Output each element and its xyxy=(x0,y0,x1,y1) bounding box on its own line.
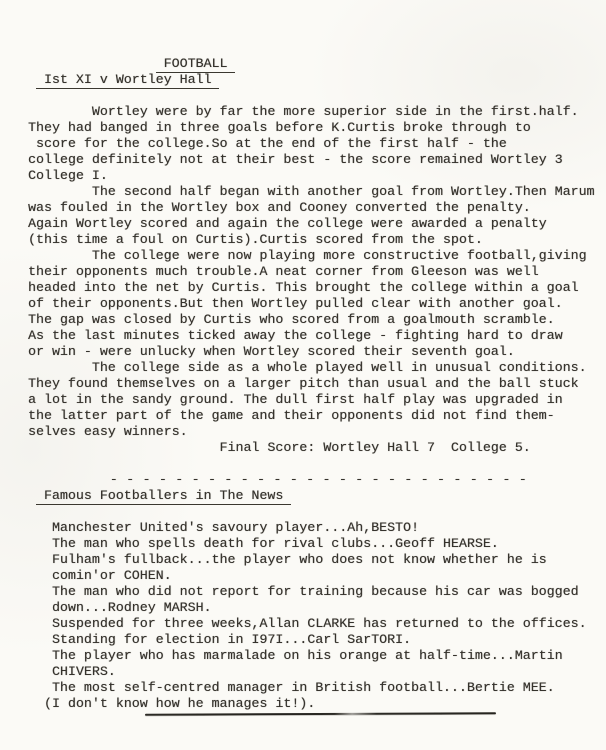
report-line: The college were now playing more constr… xyxy=(28,248,606,264)
page-content: FOOTBALL Ist XI v Wortley Hall Wortley w… xyxy=(28,56,606,712)
famous-footballers-list: Manchester United's savoury player...Ah,… xyxy=(28,520,606,712)
report-line: Again Wortley scored and again the colle… xyxy=(28,216,606,232)
report-line: As the last minutes ticked away the coll… xyxy=(28,328,606,344)
report-line: They found themselves on a larger pitch … xyxy=(28,376,606,392)
match-title: Ist XI v Wortley Hall xyxy=(36,73,220,89)
report-line: their opponents much trouble.A neat corn… xyxy=(28,264,606,280)
news-line: Standing for election in I97I...Carl Sar… xyxy=(28,632,606,648)
news-line: The man who spells death for rival clubs… xyxy=(28,536,606,552)
report-line: Wortley were by far the more superior si… xyxy=(28,104,606,120)
news-line: The man who did not report for training … xyxy=(28,584,606,600)
famous-footballers-heading: Famous Footballers in The News xyxy=(36,489,291,505)
section-title-line: FOOTBALL xyxy=(28,56,606,72)
news-line: down...Rodney MARSH. xyxy=(28,600,606,616)
news-line: Manchester United's savoury player...Ah,… xyxy=(28,520,606,536)
match-subtitle-line: Ist XI v Wortley Hall xyxy=(28,72,606,88)
news-line: (I don't know how he manages it!). xyxy=(28,696,606,712)
scanned-document-page: FOOTBALL Ist XI v Wortley Hall Wortley w… xyxy=(0,0,606,750)
news-line: The player who has marmalade on his oran… xyxy=(28,648,606,664)
news-line: Fulham's fullback...the player who does … xyxy=(28,552,606,568)
news-line: comin'or COHEN. xyxy=(28,568,606,584)
news-line: CHIVERS. xyxy=(28,664,606,680)
news-heading-line: Famous Footballers in The News xyxy=(28,488,606,504)
news-line: The most self-centred manager in British… xyxy=(28,680,606,696)
report-line: a lot in the sandy ground. The dull firs… xyxy=(28,392,606,408)
dashed-separator: - - - - - - - - - - - - - - - - - - - - … xyxy=(28,472,606,488)
news-line: Suspended for three weeks,Allan CLARKE h… xyxy=(28,616,606,632)
report-line: They had banged in three goals before K.… xyxy=(28,120,606,136)
final-score-line: Final Score: Wortley Hall 7 College 5. xyxy=(28,440,606,456)
report-line: headed into the net by Curtis. This brou… xyxy=(28,280,606,296)
report-line: of their opponents.But then Wortley pull… xyxy=(28,296,606,312)
report-line: was fouled in the Wortley box and Cooney… xyxy=(28,200,606,216)
report-line: (this time a foul on Curtis).Curtis scor… xyxy=(28,232,606,248)
bottom-rule xyxy=(145,712,496,716)
report-line: The gap was closed by Curtis who scored … xyxy=(28,312,606,328)
report-line: college definitely not at their best - t… xyxy=(28,152,606,168)
report-line: College I. xyxy=(28,168,606,184)
report-line: The college side as a whole played well … xyxy=(28,360,606,376)
report-line: selves easy winners. xyxy=(28,424,606,440)
report-line: score for the college.So at the end of t… xyxy=(28,136,606,152)
match-report: Wortley were by far the more superior si… xyxy=(28,104,606,440)
report-line: or win - were unlucky when Wortley score… xyxy=(28,344,606,360)
report-line: the latter part of the game and their op… xyxy=(28,408,606,424)
report-line: The second half began with another goal … xyxy=(28,184,606,200)
football-section-title: FOOTBALL xyxy=(156,57,236,73)
